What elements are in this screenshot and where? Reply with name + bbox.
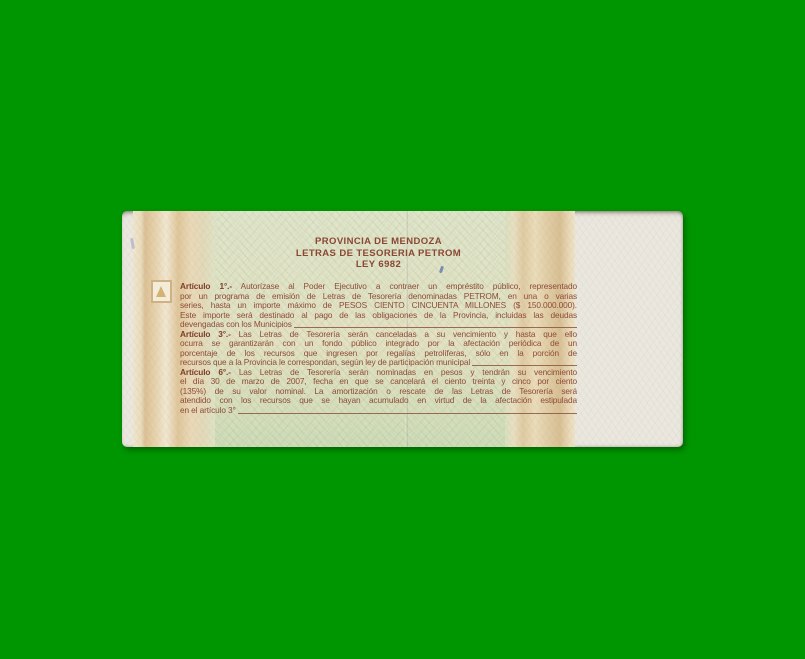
ruled-fill-line <box>238 406 577 414</box>
article-line: Artículo 3°.- Las Letras de Tesorería se… <box>180 330 577 340</box>
triangle-seal-icon <box>151 280 172 303</box>
article-line-text: atendido con los recursos que se hayan a… <box>180 396 577 405</box>
article-line-text: porcentaje de los recursos que ingresen … <box>180 349 577 358</box>
article-line-text: series, hasta un importe máximo de PESOS… <box>180 301 577 310</box>
article-line: Este importe será destinado al pago de l… <box>180 311 577 321</box>
article-line-text: por un programa de emisión de Letras de … <box>180 292 577 301</box>
article-line: (135%) de su valor nominal. La amortizac… <box>180 387 577 397</box>
article-line-text: ocurra se garantizarán con un fondo públ… <box>180 339 577 348</box>
article-line: Artículo 1°.- Autorízase al Poder Ejecut… <box>180 282 577 292</box>
article-line-text: el día 30 de marzo de 2007, fecha en que… <box>180 377 577 386</box>
article-line-text: recursos que a la Provincia le correspon… <box>180 358 470 368</box>
article-line: Artículo 6°.- Las Letras de Tesorería se… <box>180 368 577 378</box>
treasury-note-back: PROVINCIA DE MENDOZA LETRAS DE TESORERIA… <box>122 211 683 447</box>
article-line-text: Este importe será destinado al pago de l… <box>180 311 577 320</box>
article-line-text: Artículo 1°.- Autorízase al Poder Ejecut… <box>180 282 577 291</box>
article-line: el día 30 de marzo de 2007, fecha en que… <box>180 377 577 387</box>
title-line-instrument: LETRAS DE TESORERIA PETROM <box>180 248 577 260</box>
article-line: devengadas con los Municipios <box>180 320 577 330</box>
article-line: por un programa de emisión de Letras de … <box>180 292 577 302</box>
article-line: recursos que a la Provincia le correspon… <box>180 358 577 368</box>
ruled-fill-line <box>472 358 577 366</box>
article-line: en el artículo 3° <box>180 406 577 416</box>
triangle-glyph <box>156 286 166 297</box>
article-line: ocurra se garantizarán con un fondo públ… <box>180 339 577 349</box>
article-line: series, hasta un importe máximo de PESOS… <box>180 301 577 311</box>
articles: Artículo 1°.- Autorízase al Poder Ejecut… <box>180 282 577 415</box>
article-line: porcentaje de los recursos que ingresen … <box>180 349 577 359</box>
note-title: PROVINCIA DE MENDOZA LETRAS DE TESORERIA… <box>180 236 577 271</box>
article-line: atendido con los recursos que se hayan a… <box>180 396 577 406</box>
article-line-text: Artículo 3°.- Las Letras de Tesorería se… <box>180 330 577 339</box>
article-line-text: (135%) de su valor nominal. La amortizac… <box>180 387 577 396</box>
title-line-province: PROVINCIA DE MENDOZA <box>180 236 577 248</box>
page-background: PROVINCIA DE MENDOZA LETRAS DE TESORERIA… <box>0 0 805 659</box>
article-line-text: en el artículo 3° <box>180 406 236 416</box>
title-line-law: LEY 6982 <box>180 259 577 271</box>
article-line-text: Artículo 6°.- Las Letras de Tesorería se… <box>180 368 577 377</box>
ruled-fill-line <box>294 320 577 328</box>
article-line-text: devengadas con los Municipios <box>180 320 292 330</box>
